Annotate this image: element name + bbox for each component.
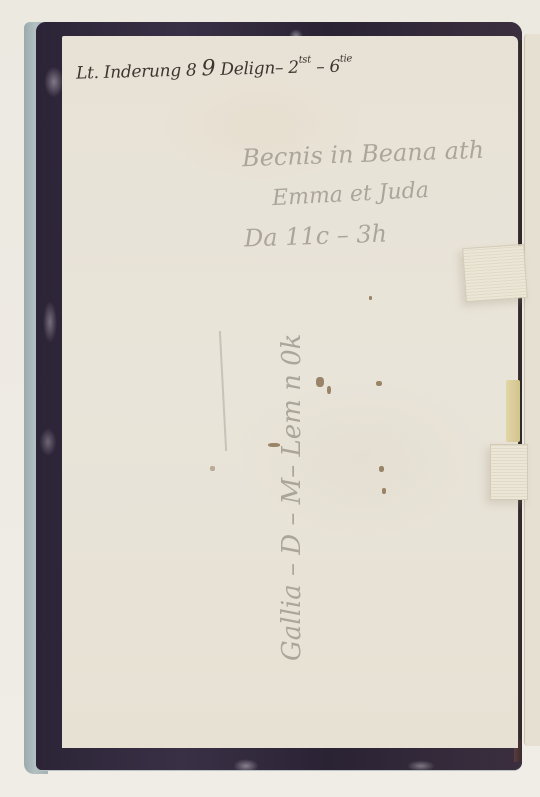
stain	[268, 443, 280, 447]
ink-text: – 6	[316, 57, 340, 78]
adjacent-page-edge	[524, 34, 540, 746]
ink-text: Lt. Inderung 8	[76, 60, 197, 83]
ink-superscript: tst	[298, 54, 311, 65]
ink-text: Delign– 2	[220, 58, 299, 80]
notebook-page: Lt. Inderung 8 9 Delign– 2tst – 6tie Bec…	[62, 36, 518, 748]
ink-text: 9	[201, 56, 215, 81]
stain	[210, 466, 215, 471]
stain	[382, 488, 386, 494]
pencil-stroke	[219, 331, 227, 451]
pencil-note-line-3: Da 11c – 3h	[244, 220, 388, 253]
yellowed-tab	[506, 380, 520, 442]
stain	[327, 386, 331, 394]
stain	[379, 466, 384, 472]
cloth-tab-lower	[490, 444, 528, 500]
stain	[369, 296, 372, 300]
ink-superscript: tie	[340, 53, 353, 64]
cloth-tab-upper	[462, 244, 528, 302]
pencil-vertical-note: Gallia – D – M– Lem n 0k	[277, 141, 307, 661]
ink-header-note: Lt. Inderung 8 9 Delign– 2tst – 6tie	[76, 52, 353, 84]
stain	[316, 377, 324, 387]
stain	[376, 381, 382, 386]
